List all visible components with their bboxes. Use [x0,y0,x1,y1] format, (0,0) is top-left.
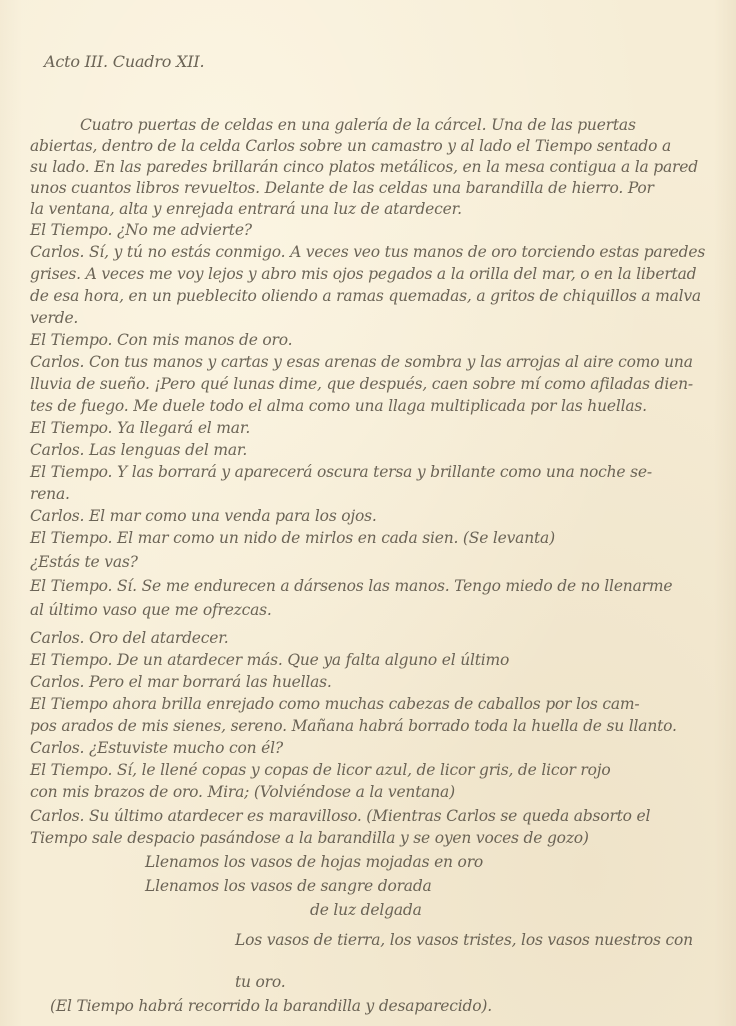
dialogue-line: El Tiempo. Sí, le llené copas y copas de… [30,760,611,780]
dialogue-line: Carlos. Las lenguas del mar. [30,440,247,460]
stage-direction-line: unos cuantos libros revueltos. Delante d… [30,178,654,198]
verse-line: tu oro. [235,972,285,992]
dialogue-line: de esa hora, en un pueblecito oliendo a … [30,286,701,306]
dialogue-line: El Tiempo. Con mis manos de oro. [30,330,292,350]
dialogue-line: grises. A veces me voy lejos y abro mis … [30,264,696,284]
dialogue-line: El Tiempo. Y las borrará y aparecerá osc… [30,462,652,482]
dialogue-line: tes de fuego. Me duele todo el alma como… [30,396,647,416]
dialogue-line: verde. [30,308,78,328]
dialogue-line: Carlos. ¿Estuviste mucho con él? [30,738,283,758]
closing-stage-direction: (El Tiempo habrá recorrido la barandilla… [50,996,492,1016]
act-title: Acto III. Cuadro XII. [44,52,204,72]
stage-direction-line: abiertas, dentro de la celda Carlos sobr… [30,136,671,156]
stage-direction-line: Cuatro puertas de celdas en una galería … [80,115,636,135]
verse-line: de luz delgada [310,900,422,920]
dialogue-line: El Tiempo. El mar como un nido de mirlos… [30,528,555,548]
manuscript-page: Acto III. Cuadro XII. Cuatro puertas de … [0,0,736,1026]
dialogue-line: con mis brazos de oro. Mira; (Volviéndos… [30,782,455,802]
dialogue-line: ¿Estás te vas? [30,552,138,572]
dialogue-line: El Tiempo. Ya llegará el mar. [30,418,250,438]
dialogue-line: Carlos. Con tus manos y cartas y esas ar… [30,352,693,372]
verse-line: Llenamos los vasos de hojas mojadas en o… [145,852,483,872]
stage-direction-line: la ventana, alta y enrejada entrará una … [30,199,462,219]
dialogue-line: Carlos. El mar como una venda para los o… [30,506,377,526]
dialogue-line: Carlos. Sí, y tú no estás conmigo. A vec… [30,242,705,262]
verse-line: Llenamos los vasos de sangre dorada [145,876,432,896]
dialogue-line: Carlos. Oro del atardecer. [30,628,228,648]
dialogue-line: Carlos. Pero el mar borrará las huellas. [30,672,332,692]
dialogue-line: El Tiempo. ¿No me advierte? [30,220,252,240]
dialogue-line: lluvia de sueño. ¡Pero qué lunas dime, q… [30,374,693,394]
dialogue-line: Tiempo sale despacio pasándose a la bara… [30,828,589,848]
verse-line: Los vasos de tierra, los vasos tristes, … [235,930,693,950]
dialogue-line: rena. [30,484,70,504]
dialogue-line: El Tiempo ahora brilla enrejado como muc… [30,694,639,714]
dialogue-line: Carlos. Su último atardecer es maravillo… [30,806,650,826]
stage-direction-line: su lado. En las paredes brillarán cinco … [30,157,698,177]
dialogue-line: El Tiempo. De un atardecer más. Que ya f… [30,650,509,670]
dialogue-line: al último vaso que me ofrezcas. [30,600,272,620]
dialogue-line: pos arados de mis sienes, sereno. Mañana… [30,716,677,736]
dialogue-line: El Tiempo. Sí. Se me endurecen a dárseno… [30,576,672,596]
